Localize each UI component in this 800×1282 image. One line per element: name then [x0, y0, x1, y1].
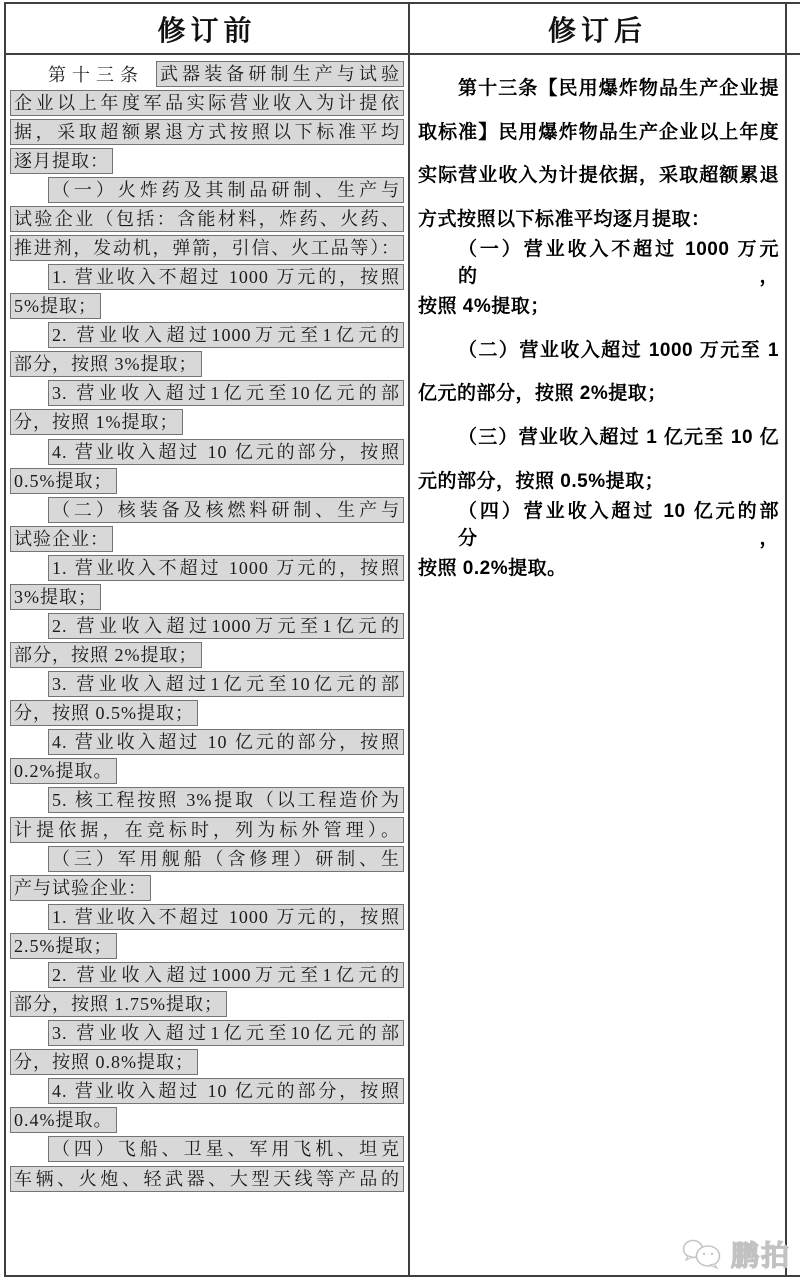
revision-text: （一）营业收入不超过 1000 万元的， [418, 234, 779, 288]
before-line: 部分，按照 3%提取； [10, 350, 404, 379]
after-line: 按照 0.2%提取。 [418, 545, 779, 589]
before-line: 企业以上年度军品实际营业收入为计提依 [10, 88, 404, 117]
before-line: 3%提取； [10, 582, 404, 611]
header-before-label: 修订前 [157, 9, 256, 49]
after-line: 第十三条【民用爆炸物品生产企业提 [418, 65, 779, 109]
before-line: 逐月提取： [10, 146, 404, 175]
revision-text: 实际营业收入为计提依据，采取超额累退 [418, 160, 779, 187]
highlighted-revision-text: 车辆、火炮、轻武器、大型天线等产品的 [10, 1166, 404, 1192]
before-line: 部分，按照 1.75%提取； [10, 990, 404, 1019]
highlighted-revision-text: 5%提取； [10, 293, 101, 319]
highlighted-revision-text: 试验企业（包括：含能材料，炸药、火药、 [10, 206, 404, 232]
highlighted-revision-text: 1. 营业收入不超过 1000 万元的，按照 [48, 555, 404, 581]
before-line: 1. 营业收入不超过 1000 万元的，按照 [10, 553, 404, 582]
header-cropped-column [787, 4, 800, 53]
before-line: 3. 营业收入超过1亿元至10亿元的部 [10, 670, 404, 699]
highlighted-revision-text: 0.5%提取； [10, 468, 117, 494]
highlighted-revision-text: 2.5%提取； [10, 933, 117, 959]
before-line: 2. 营业收入超过1000万元至1亿元的 [10, 321, 404, 350]
revision-text: 方式按照以下标准平均逐月提取： [418, 204, 779, 231]
before-line: 5. 核工程按照 3%提取（以工程造价为 [10, 786, 404, 815]
highlighted-revision-text: 据，采取超额累退方式按照以下标准平均 [10, 119, 404, 145]
highlighted-revision-text: 1. 营业收入不超过 1000 万元的，按照 [48, 904, 404, 930]
after-line: （四）营业收入超过 10 亿元的部分， [418, 501, 779, 545]
before-line: 部分，按照 2%提取； [10, 641, 404, 670]
header-after: 修订后 [410, 4, 787, 53]
before-line: 试验企业（包括：含能材料，炸药、火药、 [10, 204, 404, 233]
watermark-label: 鹏拍 [731, 1234, 791, 1274]
before-line: 5%提取； [10, 292, 404, 321]
highlighted-revision-text: 3. 营业收入超过1亿元至10亿元的部 [48, 1020, 404, 1046]
before-line: 试验企业： [10, 524, 404, 553]
before-line: （四）飞船、卫星、军用飞机、坦克 [10, 1135, 404, 1164]
highlighted-revision-text: 2. 营业收入超过1000万元至1亿元的 [48, 322, 404, 348]
revision-text: （三）营业收入超过 1 亿元至 10 亿 [418, 422, 779, 449]
before-line: 2. 营业收入超过1000万元至1亿元的 [10, 611, 404, 640]
highlighted-revision-text: 2. 营业收入超过1000万元至1亿元的 [48, 613, 404, 639]
after-line: 取标准】民用爆炸物品生产企业以上年度 [418, 109, 779, 153]
highlighted-revision-text: 2. 营业收入超过1000万元至1亿元的 [48, 962, 404, 988]
highlighted-revision-text: 武器装备研制生产与试验 [156, 61, 404, 87]
after-line: 方式按照以下标准平均逐月提取： [418, 196, 779, 240]
highlighted-revision-text: 3%提取； [10, 584, 101, 610]
revision-text: 按照 0.2%提取。 [418, 553, 779, 580]
before-line: 4. 营业收入超过 10 亿元的部分，按照 [10, 728, 404, 757]
highlighted-revision-text: 4. 营业收入超过 10 亿元的部分，按照 [48, 1078, 404, 1104]
before-line: 分，按照 0.8%提取； [10, 1048, 404, 1077]
highlighted-revision-text: 0.4%提取。 [10, 1107, 117, 1133]
highlighted-revision-text: 逐月提取： [10, 148, 113, 174]
before-line: 据，采取超额累退方式按照以下标准平均 [10, 117, 404, 146]
after-line: 元的部分，按照 0.5%提取； [418, 457, 779, 501]
highlighted-revision-text: 分，按照 0.5%提取； [10, 700, 198, 726]
before-line: 0.2%提取。 [10, 757, 404, 786]
highlighted-revision-text: 推进剂，发动机，弹箭，引信、火工品等）： [10, 235, 404, 261]
before-line: 1. 营业收入不超过 1000 万元的，按照 [10, 902, 404, 931]
chat-bubbles-icon [681, 1239, 725, 1269]
before-line: 1. 营业收入不超过 1000 万元的，按照 [10, 263, 404, 292]
after-line: （一）营业收入不超过 1000 万元的， [418, 239, 779, 283]
highlighted-revision-text: 0.2%提取。 [10, 758, 117, 784]
before-line: 0.5%提取； [10, 466, 404, 495]
highlighted-revision-text: 部分，按照 3%提取； [10, 351, 202, 377]
highlighted-revision-text: 5. 核工程按照 3%提取（以工程造价为 [48, 787, 404, 813]
before-revision-cell: 第十三条武器装备研制生产与试验企业以上年度军品实际营业收入为计提依据，采取超额累… [6, 55, 410, 1275]
revision-text: （二）营业收入超过 1000 万元至 1 [418, 335, 779, 362]
highlighted-revision-text: 企业以上年度军品实际营业收入为计提依 [10, 90, 404, 116]
revision-text: （四）营业收入超过 10 亿元的部分， [418, 496, 779, 550]
highlighted-revision-text: （二）核装备及核燃料研制、生产与 [48, 497, 404, 523]
highlighted-revision-text: 试验企业： [10, 526, 113, 552]
before-line: 2. 营业收入超过1000万元至1亿元的 [10, 960, 404, 989]
before-line: 3. 营业收入超过1亿元至10亿元的部 [10, 379, 404, 408]
before-line: 4. 营业收入超过 10 亿元的部分，按照 [10, 1077, 404, 1106]
before-line: 产与试验企业： [10, 873, 404, 902]
highlighted-revision-text: 分，按照 0.8%提取； [10, 1049, 198, 1075]
after-line: 实际营业收入为计提依据，采取超额累退 [418, 152, 779, 196]
highlighted-revision-text: 3. 营业收入超过1亿元至10亿元的部 [48, 671, 404, 697]
highlighted-revision-text: （一）火炸药及其制品研制、生产与 [48, 177, 404, 203]
highlighted-revision-text: （四）飞船、卫星、军用飞机、坦克 [48, 1136, 404, 1162]
header-after-label: 修订后 [548, 9, 647, 49]
revision-text: 亿元的部分，按照 2%提取； [418, 378, 779, 405]
after-revision-cell: 第十三条【民用爆炸物品生产企业提取标准】民用爆炸物品生产企业以上年度实际营业收入… [410, 55, 787, 1275]
before-line: 第十三条武器装备研制生产与试验 [10, 59, 404, 88]
after-line: 按照 4%提取； [418, 283, 779, 327]
before-line: 计提依据，在竞标时，列为标外管理）。 [10, 815, 404, 844]
before-line: 4. 营业收入超过 10 亿元的部分，按照 [10, 437, 404, 466]
highlighted-revision-text: 1. 营业收入不超过 1000 万元的，按照 [48, 264, 404, 290]
highlighted-revision-text: 计提依据，在竞标时，列为标外管理）。 [10, 817, 404, 843]
revision-text: 按照 4%提取； [418, 291, 779, 318]
header-before: 修订前 [6, 4, 410, 53]
cropped-column-cell [787, 55, 800, 1275]
highlighted-revision-text: 3. 营业收入超过1亿元至10亿元的部 [48, 380, 404, 406]
article-number-text: 第十三条 [48, 61, 144, 87]
revision-text: 取标准】民用爆炸物品生产企业以上年度 [418, 117, 779, 144]
highlighted-revision-text: 分，按照 1%提取； [10, 409, 183, 435]
after-line: （三）营业收入超过 1 亿元至 10 亿 [418, 414, 779, 458]
before-line: 推进剂，发动机，弹箭，引信、火工品等）： [10, 233, 404, 262]
before-line: （二）核装备及核燃料研制、生产与 [10, 495, 404, 524]
watermark: 鹏拍 [681, 1234, 791, 1274]
highlighted-revision-text: 部分，按照 1.75%提取； [10, 991, 227, 1017]
before-line: 分，按照 0.5%提取； [10, 699, 404, 728]
table-body-row: 第十三条武器装备研制生产与试验企业以上年度军品实际营业收入为计提依据，采取超额累… [6, 55, 800, 1275]
after-line: （二）营业收入超过 1000 万元至 1 [418, 327, 779, 371]
highlighted-revision-text: 4. 营业收入超过 10 亿元的部分，按照 [48, 729, 404, 755]
before-line: （一）火炸药及其制品研制、生产与 [10, 175, 404, 204]
after-line: 亿元的部分，按照 2%提取； [418, 370, 779, 414]
revision-text: 元的部分，按照 0.5%提取； [418, 466, 779, 493]
revision-comparison-table: 修订前 修订后 第十三条武器装备研制生产与试验企业以上年度军品实际营业收入为计提… [4, 2, 800, 1277]
highlighted-revision-text: 4. 营业收入超过 10 亿元的部分，按照 [48, 439, 404, 465]
before-line: 0.4%提取。 [10, 1106, 404, 1135]
highlighted-revision-text: 产与试验企业： [10, 875, 151, 901]
highlighted-revision-text: （三）军用舰船（含修理）研制、生 [48, 846, 404, 872]
before-line: 分，按照 1%提取； [10, 408, 404, 437]
before-line: （三）军用舰船（含修理）研制、生 [10, 844, 404, 873]
table-header-row: 修订前 修订后 [6, 4, 800, 55]
before-line: 2.5%提取； [10, 931, 404, 960]
revision-text: 第十三条【民用爆炸物品生产企业提 [418, 73, 779, 100]
before-line: 3. 营业收入超过1亿元至10亿元的部 [10, 1019, 404, 1048]
before-line: 车辆、火炮、轻武器、大型天线等产品的 [10, 1164, 404, 1193]
highlighted-revision-text: 部分，按照 2%提取； [10, 642, 202, 668]
